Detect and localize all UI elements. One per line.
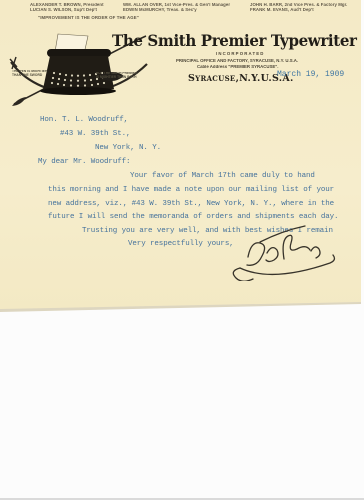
signature bbox=[210, 223, 345, 281]
body-line: new address, viz., #43 W. 39th St., New … bbox=[48, 200, 334, 208]
recipient-line: Hon. T. L. Woodruff, bbox=[40, 116, 128, 124]
signature-ink-icon bbox=[210, 223, 345, 281]
slogan-left: THE PEN IS MIGHTIER THAN THE SWORD bbox=[12, 70, 76, 83]
slogan-right: BUT THE SMITH PREMIER IS MIGHTIER THAN B… bbox=[96, 72, 171, 85]
letter-date: March 19, 1909 bbox=[277, 70, 344, 79]
salutation: My dear Mr. Woodruff: bbox=[38, 158, 130, 166]
officer-name: FRANK M. EVANS, Aud't Dep't bbox=[250, 8, 347, 13]
officer-name: LUCIAN S. WILSON, Sup't Dep't bbox=[30, 8, 104, 13]
letterhead-paper: ALEXANDER T. BROWN, President LUCIAN S. … bbox=[0, 0, 361, 310]
officer-name: EDWIN McMURCHY, Treas. & Sec'y bbox=[123, 8, 230, 13]
body-line: Your favor of March 17th came duly to ha… bbox=[130, 172, 315, 180]
officers-right: JOHN H. BARR, 2nd Vice Pres. & Factory M… bbox=[250, 3, 364, 17]
recipient-line: New York, N. Y. bbox=[95, 144, 161, 152]
incorporated-label: INCORPORATED bbox=[216, 52, 283, 58]
body-line: future I will send the memoranda of orde… bbox=[48, 213, 338, 221]
slogan-text: THAN THE SWORD bbox=[12, 74, 47, 78]
scanned-letter: ALEXANDER T. BROWN, President LUCIAN S. … bbox=[0, 0, 364, 500]
company-motto: "IMPROVEMENT IS THE ORDER OF THE AGE" bbox=[38, 16, 178, 22]
recipient-line: #43 W. 39th St., bbox=[60, 130, 130, 138]
officers-left: ALEXANDER T. BROWN, President LUCIAN S. … bbox=[30, 3, 132, 17]
body-line: this morning and I have made a note upon… bbox=[48, 186, 334, 194]
slogan-text: IS MIGHTIER THAN BOTH bbox=[96, 76, 137, 80]
company-name: The Smith Premier Typewriter Co. bbox=[112, 31, 364, 50]
